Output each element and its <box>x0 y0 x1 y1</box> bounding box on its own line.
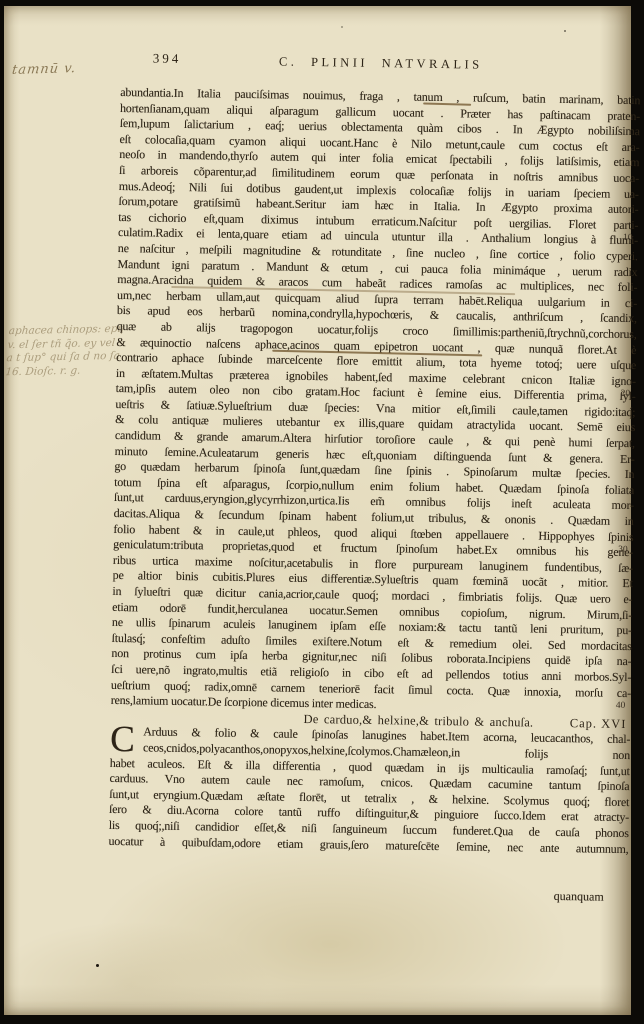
paragraph-2: C Arduus & folio & caule ſpinoſas lanugi… <box>108 724 630 857</box>
margin-line-number-20: 20 <box>621 389 644 399</box>
page-header: 394 C. PLINII NATVRALIS <box>121 48 641 78</box>
paragraph-2-lines: Arduus & folio & caule ſpinoſas lanugine… <box>108 724 630 857</box>
handwritten-note-line: 16. Dioſc. r. g. <box>5 363 120 379</box>
chapter-number: Cap. XVI <box>570 716 627 732</box>
ink-speck <box>341 26 343 28</box>
paragraph-1: abundantia.In Italia pauciſsimas nouimus… <box>111 85 641 717</box>
ink-speck <box>96 964 99 967</box>
catchword: quanquam <box>108 882 628 905</box>
handwritten-note-line: a t ſup° qui ſa d no ſa <box>6 350 121 366</box>
printed-text-block: 394 C. PLINII NATVRALIS abundantia.In It… <box>108 48 641 905</box>
ink-speck <box>564 30 566 32</box>
drop-cap: C <box>110 725 135 755</box>
margin-line-number-40: 40 <box>616 701 640 711</box>
handwritten-note-top: tamnū v. <box>11 61 77 78</box>
scanned-book-screenshot: { "colors":{"paper":"#e9e1c6","ink":"#2d… <box>0 0 644 1024</box>
handwritten-note-side: aphacea chinops: epipev. el ſer tñ q̃o. … <box>5 323 124 379</box>
margin-line-number-10: 10 <box>623 233 644 243</box>
book-page: tamnū v. aphacea chinops: epipev. el ſer… <box>4 6 631 1015</box>
running-title: C. PLINII NATVRALIS <box>121 52 641 75</box>
margin-line-number-30: 30 <box>618 545 642 555</box>
